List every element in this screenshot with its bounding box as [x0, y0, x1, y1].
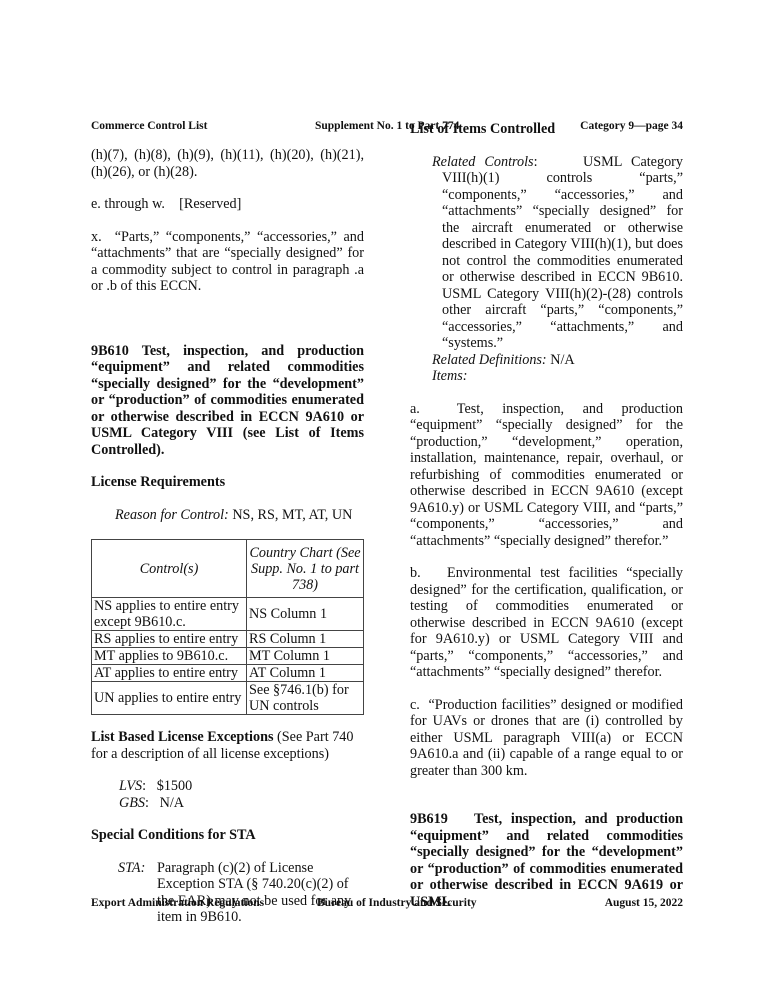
table-cell: RS Column 1: [247, 631, 364, 648]
table-cell: UN applies to entire entry: [92, 682, 247, 715]
footer-left: Export Administration Regulations: [91, 897, 264, 909]
footer-center: Bureau of Industry and Security: [317, 897, 477, 909]
table-row: MT applies to 9B610.c. MT Column 1: [92, 648, 364, 665]
gbs-row: GBS: N/A: [119, 795, 364, 812]
table-cell: AT Column 1: [247, 665, 364, 682]
item-x: x. “Parts,” “components,” “accessories,”…: [91, 229, 364, 295]
list-of-items-heading: List of Items Controlled: [410, 121, 683, 138]
table-row: AT applies to entire entry AT Column 1: [92, 665, 364, 682]
eccn-heading-9b619: 9B619 Test, inspection, and production “…: [410, 811, 683, 910]
lvs-row: LVS: $1500: [119, 778, 364, 795]
continuation-text: (h)(7), (h)(8), (h)(9), (h)(11), (h)(20)…: [91, 147, 364, 180]
table-header-controls: Control(s): [92, 540, 247, 598]
eccn-heading-9b610: 9B610 Test, inspection, and production “…: [91, 343, 364, 459]
table-cell: RS applies to entire entry: [92, 631, 247, 648]
related-info: Related Controls: USML Category VIII(h)(…: [410, 154, 683, 385]
footer-right: August 15, 2022: [605, 897, 683, 909]
reason-label: Reason for Control:: [115, 507, 229, 523]
gbs-value: N/A: [160, 795, 184, 811]
related-definitions: Related Definitions: N/A: [432, 352, 683, 369]
reserved-paragraphs: e. through w. [Reserved]: [91, 196, 364, 213]
sta-text: Paragraph (c)(2) of License Exception ST…: [157, 860, 364, 926]
right-column: List of Items Controlled Related Control…: [410, 147, 683, 910]
lvs-label: LVS: [119, 778, 142, 794]
related-definitions-value: N/A: [550, 352, 574, 368]
lvs-value: $1500: [157, 778, 192, 794]
controls-table: Control(s) Country Chart (See Supp. No. …: [91, 539, 364, 715]
related-controls-label: Related Controls: [432, 154, 534, 170]
header-left: Commerce Control List: [91, 120, 207, 132]
item-a: a. Test, inspection, and production “equ…: [410, 401, 683, 550]
table-row: UN applies to entire entry See §746.1(b)…: [92, 682, 364, 715]
table-cell: MT applies to 9B610.c.: [92, 648, 247, 665]
item-c: c. “Production facilities” designed or m…: [410, 697, 683, 780]
related-controls-text: USML Category VIII(h)(1) controls “parts…: [442, 154, 683, 352]
table-cell: MT Column 1: [247, 648, 364, 665]
table-cell: AT applies to entire entry: [92, 665, 247, 682]
sta-heading: Special Conditions for STA: [91, 827, 364, 844]
gbs-label: GBS: [119, 795, 145, 811]
lble-paragraph: List Based License Exceptions (See Part …: [91, 729, 364, 762]
reason-value: NS, RS, MT, AT, UN: [232, 507, 352, 523]
sta-label: STA:: [118, 860, 157, 926]
table-cell: See §746.1(b) for UN controls: [247, 682, 364, 715]
table-row: NS applies to entire entry except 9B610.…: [92, 598, 364, 631]
items-label: Items:: [432, 368, 683, 385]
lble-heading: List Based License Exceptions: [91, 729, 273, 745]
related-definitions-label: Related Definitions:: [432, 352, 547, 368]
sta-row: STA: Paragraph (c)(2) of License Excepti…: [91, 860, 364, 926]
table-cell: NS Column 1: [247, 598, 364, 631]
table-cell: NS applies to entire entry except 9B610.…: [92, 598, 247, 631]
related-controls: Related Controls: USML Category VIII(h)(…: [432, 154, 683, 352]
license-exceptions-list: LVS: $1500 GBS: N/A: [91, 778, 364, 811]
left-column: (h)(7), (h)(8), (h)(9), (h)(11), (h)(20)…: [91, 147, 364, 926]
table-row: RS applies to entire entry RS Column 1: [92, 631, 364, 648]
license-requirements-heading: License Requirements: [91, 474, 364, 491]
item-b: b. Environmental test facilities “specia…: [410, 565, 683, 681]
reason-for-control: Reason for Control: NS, RS, MT, AT, UN: [91, 507, 364, 524]
table-header-country-chart: Country Chart (See Supp. No. 1 to part 7…: [247, 540, 364, 598]
